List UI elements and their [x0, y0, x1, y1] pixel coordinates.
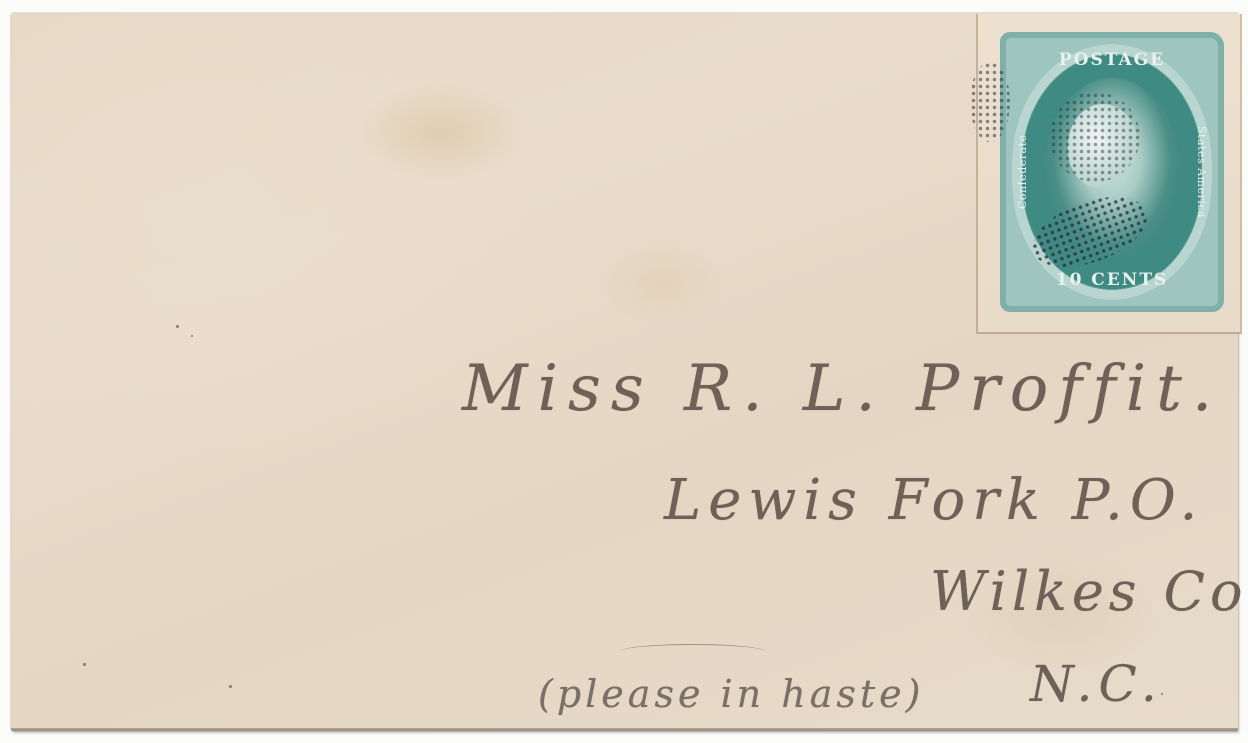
cancellation-mark [1050, 92, 1140, 182]
paper-speck [191, 335, 193, 337]
address-county: Wilkes Co. [930, 560, 1248, 623]
ink-flourish [620, 644, 765, 659]
postage-stamp: POSTAGE Confederate States America 10 CE… [1000, 32, 1224, 312]
stamp-right-label: States America [1190, 112, 1208, 232]
paper-speck [83, 663, 86, 666]
address-post-office: Lewis Fork P.O. [664, 468, 1204, 533]
stamp-left-label: Confederate [1016, 112, 1034, 232]
cancellation-mark [970, 62, 1010, 142]
address-recipient: Miss R. L. Proffit. [462, 352, 1222, 426]
address-state: N.C. [1030, 655, 1163, 713]
handling-note: (please in haste) [538, 672, 924, 716]
stamp-top-label: POSTAGE [1000, 50, 1224, 70]
paper-speck [176, 325, 179, 328]
paper-speck [229, 685, 232, 688]
stamp-value-label: 10 CENTS [1000, 270, 1224, 290]
